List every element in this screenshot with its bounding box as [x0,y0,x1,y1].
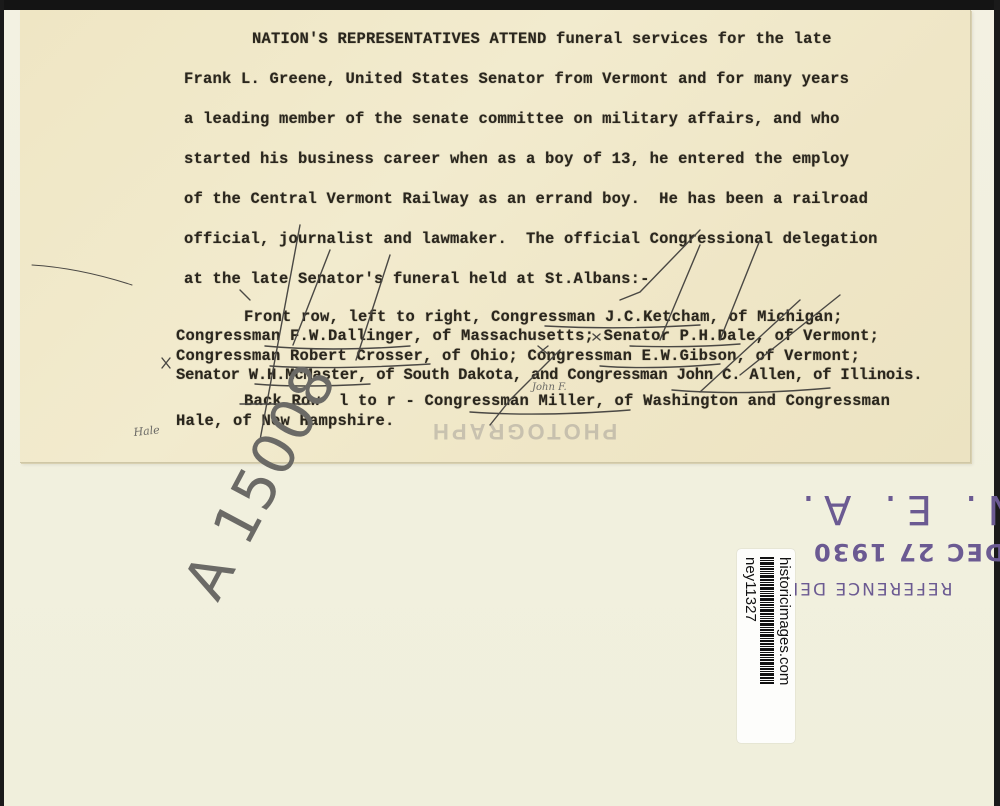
caption-line: Front row, left to right, Congressman J.… [244,308,843,326]
caption-line: Congressman Robert Crosser, of Ohio; Con… [176,347,860,365]
scan-border-right [994,0,1000,806]
stamp-agency: N. E. A. [792,486,1000,532]
caption-line: Frank L. Greene, United States Senator f… [184,70,849,88]
scan-border-left [0,0,4,806]
scan-border-top [0,0,1000,10]
barcode-icon [760,557,774,735]
caption-line: NATION'S REPRESENTATIVES ATTEND funeral … [252,30,832,48]
label-item-id: ney11327 [742,557,759,622]
archive-barcode-label: historicimages.com ney11327 [737,549,795,743]
label-site: historicimages.com [776,557,793,685]
caption-line: of the Central Vermont Railway as an err… [184,190,868,208]
caption-line: at the late Senator's funeral held at St… [184,270,650,288]
caption-line: started his business career when as a bo… [184,150,849,168]
stamp-department: REFERENCE DEP [786,578,952,598]
caption-line: official, journalist and lawmaker. The o… [184,230,878,248]
caption-line: Congressman F.W.Dallinger, of Massachuse… [176,327,879,345]
typed-caption: NATION'S REPRESENTATIVES ATTEND funeral … [20,10,970,462]
caption-line: a leading member of the senate committee… [184,110,840,128]
caption-slip: PHOTOGRAPH NATION'S REPRESENTATIVES ATTE… [20,10,971,463]
stamp-date: DEC 27 1930 [812,538,1000,566]
